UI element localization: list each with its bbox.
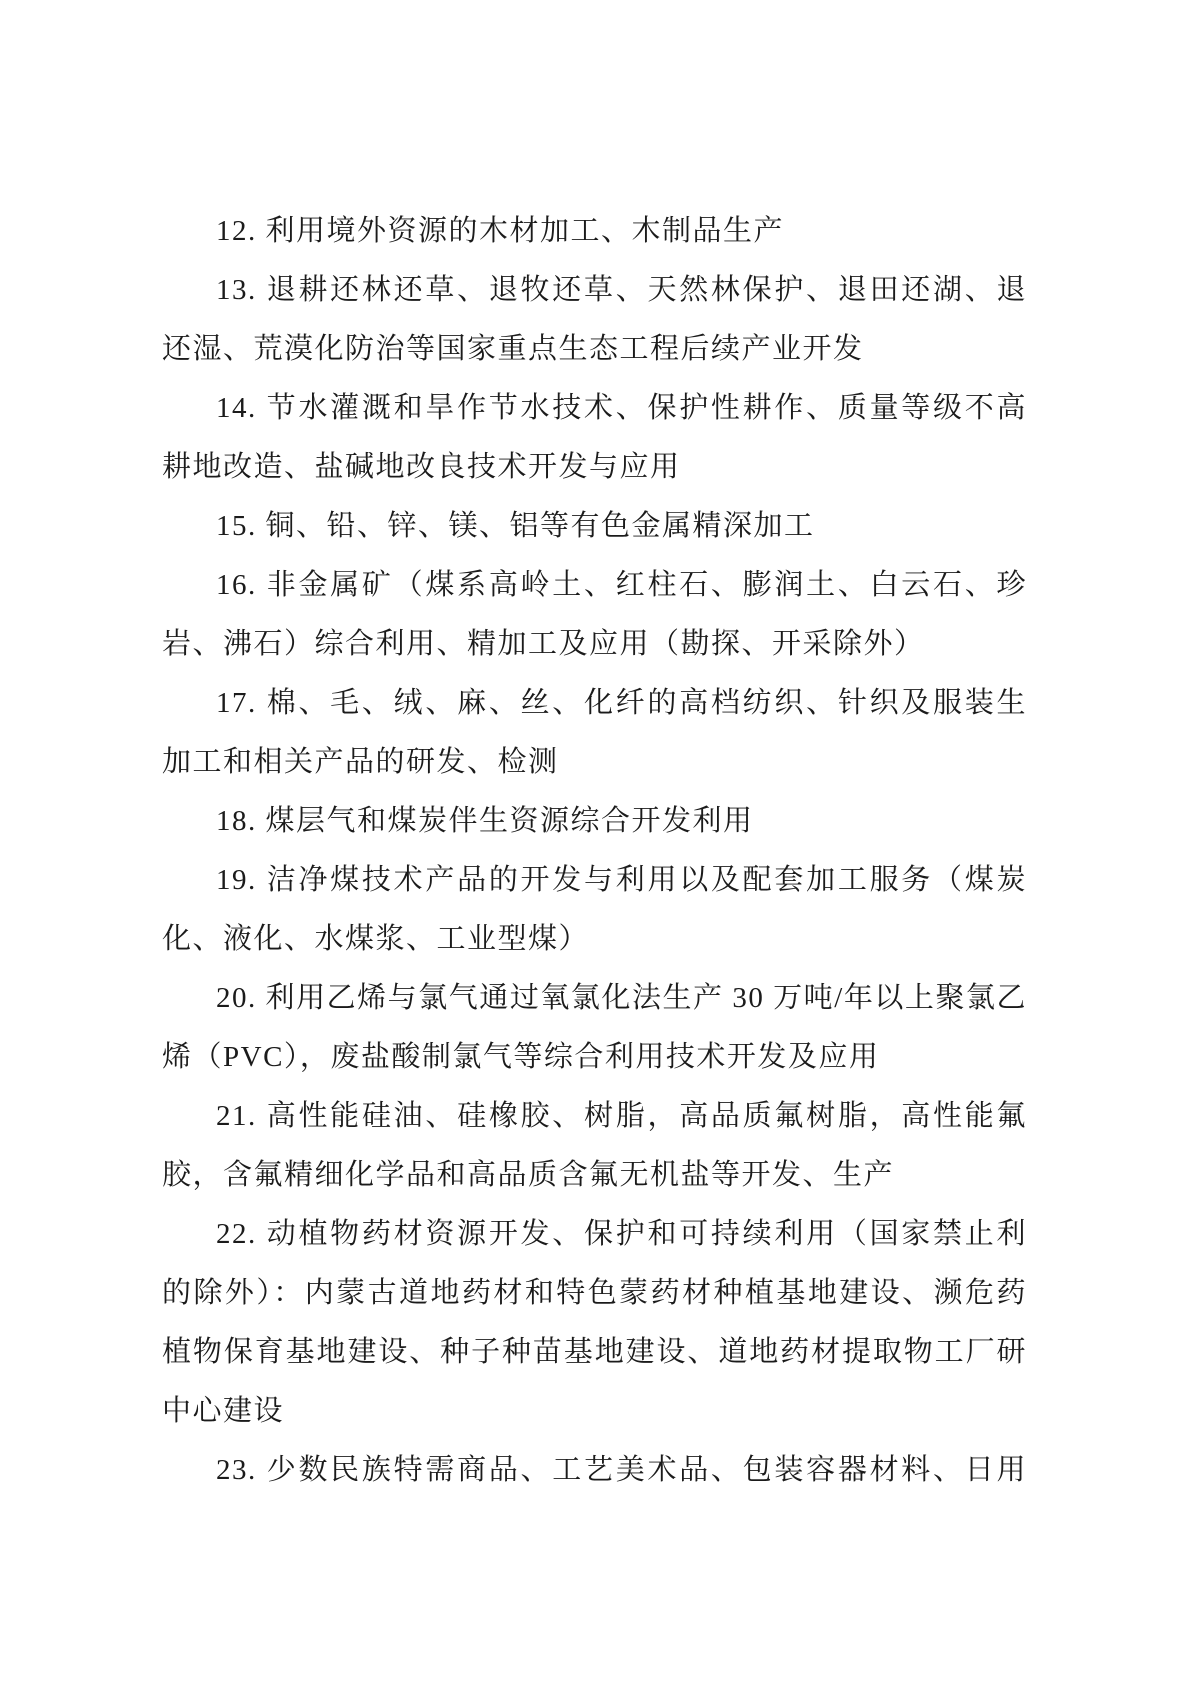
item19-line1: 19. 洁净煤技术产品的开发与利用以及配套加工服务（煤炭气: [162, 851, 1027, 910]
item14-line1: 14. 节水灌溉和旱作节水技术、保护性耕作、质量等级不高的: [162, 379, 1027, 438]
item16-line2: 岩、沸石）综合利用、精加工及应用（勘探、开采除外）: [162, 615, 1027, 674]
item23-line1: 23. 少数民族特需商品、工艺美术品、包装容器材料、日用玻: [162, 1441, 1027, 1500]
item22-line1: 22. 动植物药材资源开发、保护和可持续利用（国家禁止利用: [162, 1205, 1027, 1264]
item17-line1: 17. 棉、毛、绒、麻、丝、化纤的高档纺织、针织及服装生产: [162, 674, 1027, 733]
item21-line1: 21. 高性能硅油、硅橡胶、树脂，高品质氟树脂，高性能氟橡: [162, 1087, 1027, 1146]
item12-line1: 12. 利用境外资源的木材加工、木制品生产: [162, 202, 1027, 261]
item19-line2: 化、液化、水煤浆、工业型煤）: [162, 910, 1027, 969]
item22-line2: 的除外）：内蒙古道地药材和特色蒙药材种植基地建设、濒危药用: [162, 1264, 1027, 1323]
item13-line1: 13. 退耕还林还草、退牧还草、天然林保护、退田还湖、退耕: [162, 261, 1027, 320]
document-body: 12. 利用境外资源的木材加工、木制品生产 13. 退耕还林还草、退牧还草、天然…: [162, 202, 1027, 1500]
item15-line1: 15. 铜、铅、锌、镁、铝等有色金属精深加工: [162, 497, 1027, 556]
item17-line2: 加工和相关产品的研发、检测: [162, 733, 1027, 792]
item16-line1: 16. 非金属矿（煤系高岭土、红柱石、膨润土、白云石、珍珠: [162, 556, 1027, 615]
item20-line1: 20. 利用乙烯与氯气通过氧氯化法生产 30 万吨/年以上聚氯乙: [162, 969, 1027, 1028]
item21-line2: 胶，含氟精细化学品和高品质含氟无机盐等开发、生产: [162, 1146, 1027, 1205]
item18-line1: 18. 煤层气和煤炭伴生资源综合开发利用: [162, 792, 1027, 851]
document-page: 12. 利用境外资源的木材加工、木制品生产 13. 退耕还林还草、退牧还草、天然…: [0, 0, 1190, 1683]
item14-line2: 耕地改造、盐碱地改良技术开发与应用: [162, 438, 1027, 497]
item22-line4: 中心建设: [162, 1382, 1027, 1441]
item22-line3: 植物保育基地建设、种子种苗基地建设、道地药材提取物工厂研发: [162, 1323, 1027, 1382]
item13-line2: 还湿、荒漠化防治等国家重点生态工程后续产业开发: [162, 320, 1027, 379]
item20-line2: 烯（PVC），废盐酸制氯气等综合利用技术开发及应用: [162, 1028, 1027, 1087]
